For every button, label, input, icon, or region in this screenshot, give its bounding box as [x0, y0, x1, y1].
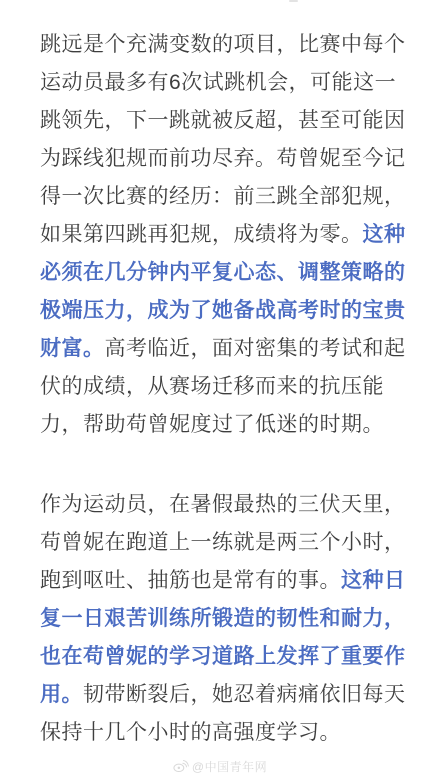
text-line: 复一日艰苦训练所锻造的韧性和耐力，	[40, 600, 400, 638]
text-line: 也在苟曾妮的学习道路上发挥了重要作	[40, 638, 400, 676]
highlighted-text-segment: 这种	[363, 223, 406, 246]
text-segment: 作为运动员，在暑假最热的三伏天里，	[40, 493, 406, 516]
text-segment: 得一次比赛的经历：前三跳全部犯规，	[40, 185, 406, 208]
text-line: 跳远是个充满变数的项目，比赛中每个	[40, 26, 400, 64]
text-line: 跳领先，下一跳就被反超，甚至可能因	[40, 102, 400, 140]
text-segment: 跳领先，下一跳就被反超，甚至可能因	[40, 109, 406, 132]
highlighted-text-segment: 用。	[40, 683, 83, 706]
paragraph-2: 作为运动员，在暑假最热的三伏天里，苟曾妮在跑道上一练就是两三个小时，跑到呕吐、抽…	[40, 486, 400, 752]
text-segment: 伏的成绩，从赛场迁移而来的抗压能	[40, 375, 384, 398]
crop-artifact	[289, 0, 298, 2]
highlighted-text-segment: 极端压力，成为了她备战高考时的宝贵	[40, 299, 406, 322]
highlighted-text-segment: 也在苟曾妮的学习道路上发挥了重要作	[40, 645, 406, 668]
article-share-image: 跳远是个充满变数的项目，比赛中每个运动员最多有6次试跳机会，可能这一跳领先，下一…	[0, 0, 440, 782]
text-line: 得一次比赛的经历：前三跳全部犯规，	[40, 178, 400, 216]
highlighted-text-segment: 必须在几分钟内平复心态、调整策略的	[40, 261, 406, 284]
text-line: 如果第四跳再犯规，成绩将为零。这种	[40, 216, 400, 254]
text-segment: 保持十几个小时的高强度学习。	[40, 721, 341, 744]
highlighted-text-segment: 复一日艰苦训练所锻造的韧性和耐力，	[40, 607, 406, 630]
text-segment: 韧带断裂后，她忍着病痛依旧每天	[83, 683, 406, 706]
text-line: 跑到呕吐、抽筋也是常有的事。这种日	[40, 562, 400, 600]
text-segment: 为踩线犯规而前功尽弃。苟曾妮至今记	[40, 147, 406, 170]
text-line: 伏的成绩，从赛场迁移而来的抗压能	[40, 368, 400, 406]
text-segment: 跑到呕吐、抽筋也是常有的事。	[40, 569, 341, 592]
text-line: 运动员最多有6次试跳机会，可能这一	[40, 64, 400, 102]
highlighted-text-segment: 这种日	[341, 569, 406, 592]
text-line: 力，帮助苟曾妮度过了低迷的时期。	[40, 406, 400, 444]
paragraph-1: 跳远是个充满变数的项目，比赛中每个运动员最多有6次试跳机会，可能这一跳领先，下一…	[40, 26, 400, 444]
text-segment: 跳远是个充满变数的项目，比赛中每个	[40, 33, 406, 56]
text-segment: 苟曾妮在跑道上一练就是两三个小时，	[40, 531, 406, 554]
text-segment: 力，帮助苟曾妮度过了低迷的时期。	[40, 413, 384, 436]
text-line: 用。韧带断裂后，她忍着病痛依旧每天	[40, 676, 400, 714]
text-line: 必须在几分钟内平复心态、调整策略的	[40, 254, 400, 292]
text-line: 作为运动员，在暑假最热的三伏天里，	[40, 486, 400, 524]
text-line: 财富。高考临近，面对密集的考试和起	[40, 330, 400, 368]
text-line: 苟曾妮在跑道上一练就是两三个小时，	[40, 524, 400, 562]
article: 跳远是个充满变数的项目，比赛中每个运动员最多有6次试跳机会，可能这一跳领先，下一…	[0, 0, 440, 752]
text-segment: 运动员最多有6次试跳机会，可能这一	[40, 71, 396, 94]
text-line: 极端压力，成为了她备战高考时的宝贵	[40, 292, 400, 330]
weibo-logo-icon	[173, 759, 189, 773]
text-segment: 如果第四跳再犯规，成绩将为零。	[40, 223, 363, 246]
highlighted-text-segment: 财富。	[40, 337, 105, 360]
text-line: 保持十几个小时的高强度学习。	[40, 714, 400, 752]
watermark: @中国青年网	[0, 757, 440, 775]
text-segment: 高考临近，面对密集的考试和起	[105, 337, 406, 360]
watermark-text: @中国青年网	[192, 758, 267, 775]
text-line: 为踩线犯规而前功尽弃。苟曾妮至今记	[40, 140, 400, 178]
